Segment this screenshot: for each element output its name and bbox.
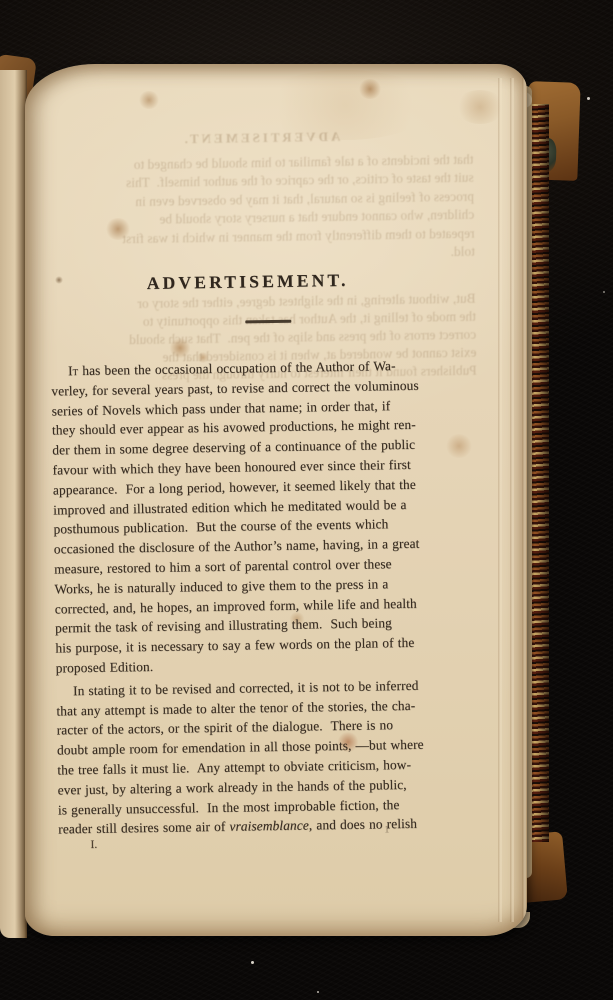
text-line-rest: has been the occasional occupation of th…	[78, 358, 396, 378]
press-figure: 1	[384, 824, 389, 835]
body-text: It has been the occasional occupation of…	[51, 357, 482, 842]
signature-mark: I.	[90, 839, 97, 851]
dust-speck	[603, 291, 605, 293]
facing-page-gutter	[0, 70, 27, 938]
second-paragraph: In stating it to be revised and correcte…	[56, 677, 482, 842]
italic-word: vraisemblance	[229, 818, 309, 834]
heading-rule	[245, 320, 291, 323]
page-heading: ADVERTISEMENT.	[25, 268, 474, 296]
dust-speck	[587, 97, 590, 100]
text-segment: , and does no relish	[309, 816, 417, 833]
dust-speck	[317, 991, 319, 993]
printed-text-layer: ADVERTISEMENT. It has been the occasiona…	[25, 64, 527, 936]
dust-speck	[251, 961, 254, 964]
photograph-of-open-book: ADVERTISEMENT. that the incidents of a t…	[0, 0, 613, 1000]
book-page: ADVERTISEMENT. that the incidents of a t…	[25, 64, 527, 936]
small-caps-first-word: It	[68, 363, 78, 378]
text-segment: reader still desires some air of	[58, 819, 229, 837]
